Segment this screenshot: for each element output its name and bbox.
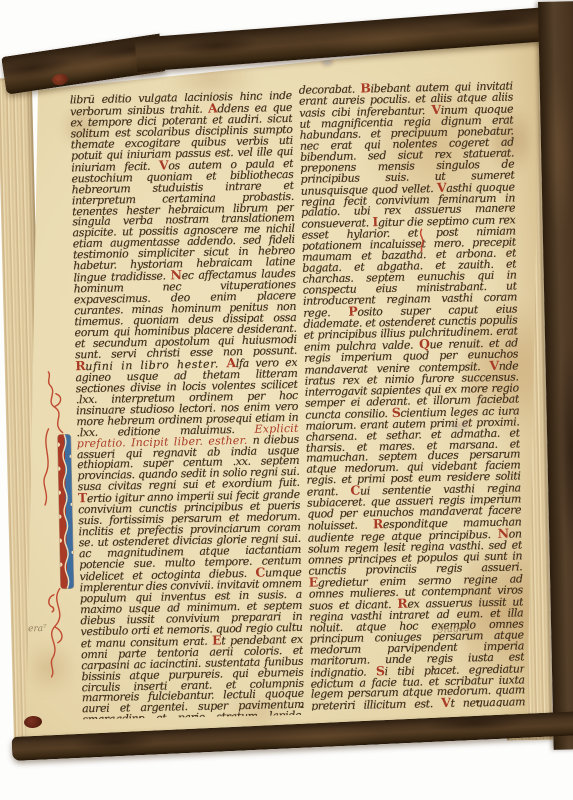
text-column-right: decorabat. Bibebant autem qui invitati e…: [299, 80, 526, 710]
paraph-mark: [418, 228, 426, 252]
text-block: e p librū editio vulgata laciniosis hin…: [0, 0, 573, 800]
paraph-mark: [46, 593, 56, 613]
text-column-left: librū editio vulgata laciniosis hinc in…: [70, 91, 304, 719]
manuscript-page: e p librū editio vulgata laciniosis hin…: [0, 0, 573, 800]
manuscript-photo: e p librū editio vulgata laciniosis hin…: [0, 0, 573, 800]
